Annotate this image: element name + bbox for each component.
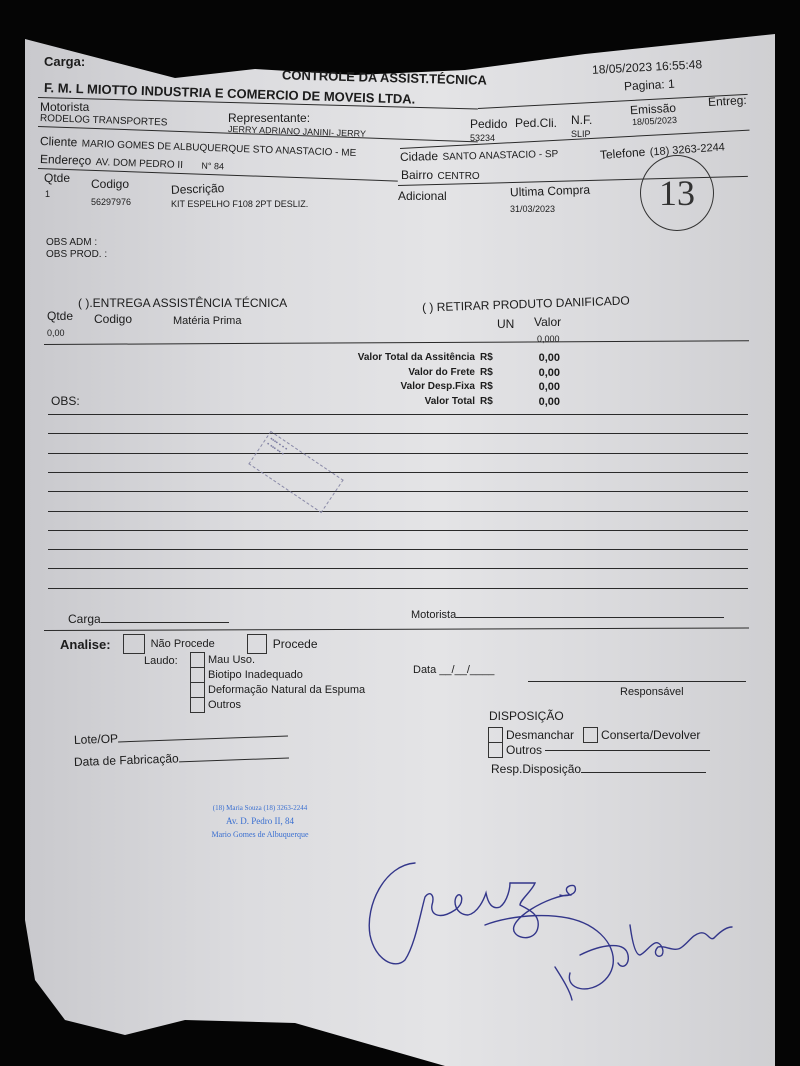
obs-line[interactable] bbox=[48, 530, 748, 531]
motorista-signature[interactable]: Motorista bbox=[411, 609, 724, 621]
nao-procede-label: Não Procede bbox=[151, 638, 215, 650]
obs-adm-label: OBS ADM : bbox=[46, 237, 97, 248]
mat-col-valor: Valor bbox=[534, 315, 561, 329]
laudo-checkbox[interactable] bbox=[190, 652, 205, 668]
handwritten-signature: Creuza Belon bbox=[360, 855, 740, 1025]
mat-col-un: UN bbox=[497, 317, 514, 331]
total-label: Valor Total da Assitência bbox=[300, 352, 475, 364]
total-row: Valor Desp.FixaR$0,00 bbox=[300, 381, 560, 393]
obs-line[interactable] bbox=[48, 491, 748, 492]
total-row: Valor Total da AssitênciaR$0,00 bbox=[300, 352, 560, 364]
col-qtde: Qtde bbox=[44, 171, 70, 185]
total-value: 0,00 bbox=[508, 352, 560, 364]
total-row: Valor do FreteR$0,00 bbox=[300, 367, 560, 379]
endereco-label: Endereço bbox=[40, 152, 92, 168]
item-codigo: 56297976 bbox=[91, 197, 131, 207]
procede-checkbox[interactable] bbox=[247, 634, 267, 654]
pedcli-label: Ped.Cli. bbox=[515, 116, 557, 130]
mat-qtde-value: 0,00 bbox=[47, 328, 65, 338]
total-currency: R$ bbox=[480, 367, 508, 379]
nao-procede-checkbox[interactable] bbox=[123, 634, 145, 654]
cidade-value: SANTO ANASTACIO - SP bbox=[442, 149, 558, 163]
endereco-value: AV. DOM PEDRO II bbox=[96, 157, 184, 171]
total-currency: R$ bbox=[480, 396, 508, 408]
obs-line[interactable] bbox=[48, 433, 748, 434]
laudo-checkbox[interactable] bbox=[190, 682, 205, 698]
responsavel-line[interactable] bbox=[528, 681, 746, 682]
analise-row: Analise: Não Procede Procede bbox=[60, 634, 318, 654]
col-descricao: Descrição bbox=[171, 181, 225, 197]
mat-col-materia: Matéria Prima bbox=[173, 315, 241, 327]
col-ultima-compra: Ultima Compra bbox=[510, 183, 590, 200]
numero-value: N° 84 bbox=[201, 161, 224, 172]
cliente-label: Cliente bbox=[40, 134, 78, 149]
cidade-label: Cidade bbox=[400, 149, 438, 164]
obs-line[interactable] bbox=[48, 511, 748, 512]
obs-prod-label: OBS PROD. : bbox=[46, 249, 107, 260]
nf-label: N.F. bbox=[571, 113, 592, 127]
laudo-option-label: Biotipo Inadequado bbox=[208, 669, 303, 681]
desmanchar-checkbox[interactable] bbox=[488, 727, 503, 743]
outros-line[interactable] bbox=[545, 750, 710, 751]
col-codigo: Codigo bbox=[91, 177, 129, 191]
outros-label: Outros bbox=[506, 743, 542, 757]
bairro-row: Bairro CENTRO bbox=[401, 166, 480, 184]
laudo-options: Mau Uso.Biotipo InadequadoDeformação Nat… bbox=[190, 652, 365, 712]
total-label: Valor Total bbox=[300, 396, 475, 408]
obs-line[interactable] bbox=[48, 453, 748, 454]
disposicao-title: DISPOSIÇÃO bbox=[489, 709, 564, 723]
laudo-option: Deformação Natural da Espuma bbox=[190, 682, 365, 697]
carga-signature[interactable]: Carga bbox=[68, 612, 229, 626]
mat-col-qtde: Qtde bbox=[47, 309, 73, 323]
disposicao-row-1: Desmanchar Conserta/Devolver bbox=[488, 727, 700, 743]
laudo-label: Laudo: bbox=[144, 655, 178, 667]
resp-disposicao-line[interactable] bbox=[581, 772, 706, 773]
total-value: 0,00 bbox=[508, 396, 560, 408]
col-adicional: Adicional bbox=[398, 189, 447, 203]
responsavel-label: Responsável bbox=[620, 686, 684, 698]
laudo-option: Biotipo Inadequado bbox=[190, 667, 365, 682]
total-value: 0,00 bbox=[508, 381, 560, 393]
total-currency: R$ bbox=[480, 352, 508, 364]
motorista-signature-line[interactable] bbox=[456, 617, 724, 618]
resp-disposicao[interactable]: Resp.Disposição bbox=[491, 762, 706, 776]
total-label: Valor do Frete bbox=[300, 367, 475, 379]
carga-signature-line[interactable] bbox=[101, 622, 229, 623]
data-field[interactable]: Data __/__/____ bbox=[413, 664, 494, 676]
obs-line[interactable] bbox=[48, 414, 748, 415]
client-stamp: (18) Maria Souza (18) 3263-2244 Av. D. P… bbox=[200, 802, 320, 841]
conserta-checkbox[interactable] bbox=[583, 727, 598, 743]
laudo-option: Mau Uso. bbox=[190, 652, 365, 667]
obs-label: OBS: bbox=[51, 394, 80, 408]
option-entrega[interactable]: ( ).ENTREGA ASSISTÊNCIA TÉCNICA bbox=[78, 296, 287, 310]
obs-line[interactable] bbox=[48, 549, 748, 550]
pedido-label: Pedido bbox=[470, 117, 507, 131]
mat-col-codigo: Codigo bbox=[94, 312, 132, 326]
telefone-label: Telefone bbox=[600, 145, 646, 162]
carga-label: Carga: bbox=[44, 54, 85, 69]
outros-checkbox[interactable] bbox=[488, 742, 503, 758]
procede-label: Procede bbox=[273, 637, 318, 651]
laudo-checkbox[interactable] bbox=[190, 667, 205, 683]
disposicao-row-2: Outros bbox=[488, 742, 710, 758]
handwritten-number: 13 bbox=[640, 155, 714, 231]
page-number: Pagina: 1 bbox=[624, 77, 675, 94]
obs-line[interactable] bbox=[48, 588, 748, 589]
total-row: Valor TotalR$0,00 bbox=[300, 396, 560, 408]
item-descricao: KIT ESPELHO F108 2PT DESLIZ. bbox=[171, 199, 308, 209]
bairro-label: Bairro bbox=[401, 168, 433, 182]
entrega-label: Entreg: bbox=[708, 93, 747, 109]
laudo-option-label: Outros bbox=[208, 699, 241, 711]
item-qtde: 1 bbox=[45, 189, 50, 199]
motorista-label: Motorista bbox=[40, 100, 89, 114]
laudo-option: Outros bbox=[190, 697, 365, 712]
representante-label: Representante: bbox=[228, 111, 310, 125]
desmanchar-label: Desmanchar bbox=[506, 728, 574, 742]
obs-line[interactable] bbox=[48, 568, 748, 569]
total-currency: R$ bbox=[480, 381, 508, 393]
laudo-option-label: Deformação Natural da Espuma bbox=[208, 684, 365, 696]
data-input[interactable]: __/__/____ bbox=[439, 664, 494, 676]
laudo-checkbox[interactable] bbox=[190, 697, 205, 713]
mat-valor-value: 0,000 bbox=[537, 334, 560, 344]
total-value: 0,00 bbox=[508, 367, 560, 379]
obs-line[interactable] bbox=[48, 472, 748, 473]
item-ultima-compra: 31/03/2023 bbox=[510, 204, 555, 214]
fabricacao-line[interactable] bbox=[179, 758, 289, 763]
bairro-value: CENTRO bbox=[437, 171, 479, 182]
conserta-label: Conserta/Devolver bbox=[601, 728, 700, 742]
analise-label: Analise: bbox=[60, 637, 111, 652]
total-label: Valor Desp.Fixa bbox=[300, 381, 475, 393]
laudo-option-label: Mau Uso. bbox=[208, 654, 255, 666]
